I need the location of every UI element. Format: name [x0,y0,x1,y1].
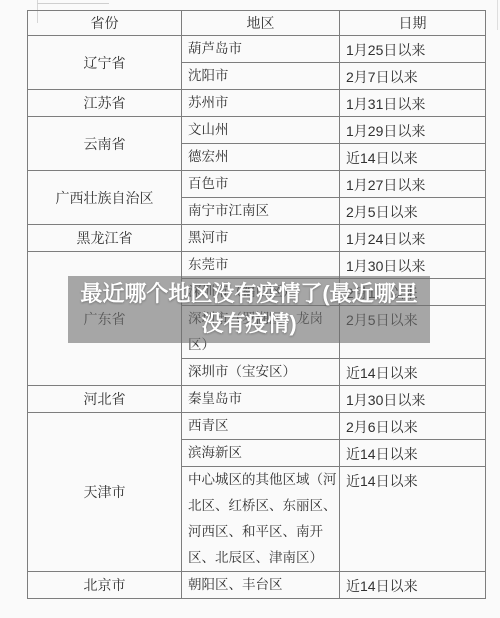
date-cell: 近14日以来 [340,144,486,171]
background-artifact-horizontal-line-top [37,3,109,4]
date-cell: 2月5日以来 [340,198,486,225]
header-date: 日期 [340,11,486,36]
region-cell: 朝阳区、丰台区 [182,572,340,599]
date-cell: 2月6日以来 [340,413,486,440]
table-row: 广东省东莞市1月30日以来 [28,252,486,279]
region-cell: 葫芦岛市 [182,36,340,63]
watermark-title-overlay: 最近哪个地区没有疫情了(最近哪里 没有疫情) [68,276,430,343]
overlay-title-line2: 没有疫情) [68,309,430,339]
region-cell: 秦皇岛市 [182,386,340,413]
date-cell: 1月30日以来 [340,386,486,413]
province-cell: 广西壮族自治区 [28,171,182,225]
table-row: 江苏省苏州市1月31日以来 [28,90,486,117]
region-cell: 德宏州 [182,144,340,171]
region-cell: 滨海新区 [182,440,340,467]
table-row: 辽宁省葫芦岛市1月25日以来 [28,36,486,63]
province-cell: 天津市 [28,413,182,572]
province-cell: 河北省 [28,386,182,413]
date-cell: 近14日以来 [340,572,486,599]
date-cell: 1月25日以来 [340,36,486,63]
region-cell: 东莞市 [182,252,340,279]
province-cell: 辽宁省 [28,36,182,90]
region-cell: 黑河市 [182,225,340,252]
header-province: 省份 [28,11,182,36]
table-header-row: 省份 地区 日期 [28,11,486,36]
table-row: 云南省文山州1月29日以来 [28,117,486,144]
table-row: 黑龙江省黑河市1月24日以来 [28,225,486,252]
date-cell: 近14日以来 [340,359,486,386]
province-cell: 江苏省 [28,90,182,117]
region-cell: 南宁市江南区 [182,198,340,225]
date-cell: 1月27日以来 [340,171,486,198]
table-row: 天津市西青区2月6日以来 [28,413,486,440]
region-cell: 西青区 [182,413,340,440]
province-cell: 黑龙江省 [28,225,182,252]
province-cell: 云南省 [28,117,182,171]
date-cell: 近14日以来 [340,440,486,467]
table-row: 河北省秦皇岛市1月30日以来 [28,386,486,413]
background-artifact-vertical-line-right [497,0,498,30]
date-cell: 近14日以来 [340,467,486,572]
region-cell: 中心城区的其他区域（河北区、红桥区、东丽区、河西区、和平区、南开区、北辰区、津南… [182,467,340,572]
province-cell: 北京市 [28,572,182,599]
header-region: 地区 [182,11,340,36]
table-row: 广西壮族自治区百色市1月27日以来 [28,171,486,198]
page-background: 省份 地区 日期 辽宁省葫芦岛市1月25日以来沈阳市2月7日以来江苏省苏州市1月… [0,0,500,618]
table-row: 北京市朝阳区、丰台区近14日以来 [28,572,486,599]
date-cell: 1月31日以来 [340,90,486,117]
date-cell: 2月7日以来 [340,63,486,90]
date-cell: 1月29日以来 [340,117,486,144]
region-cell: 深圳市（宝安区） [182,359,340,386]
region-cell: 沈阳市 [182,63,340,90]
region-cell: 文山州 [182,117,340,144]
region-cell: 苏州市 [182,90,340,117]
region-cell: 百色市 [182,171,340,198]
date-cell: 1月30日以来 [340,252,486,279]
overlay-title-line1: 最近哪个地区没有疫情了(最近哪里 [68,279,430,309]
date-cell: 1月24日以来 [340,225,486,252]
